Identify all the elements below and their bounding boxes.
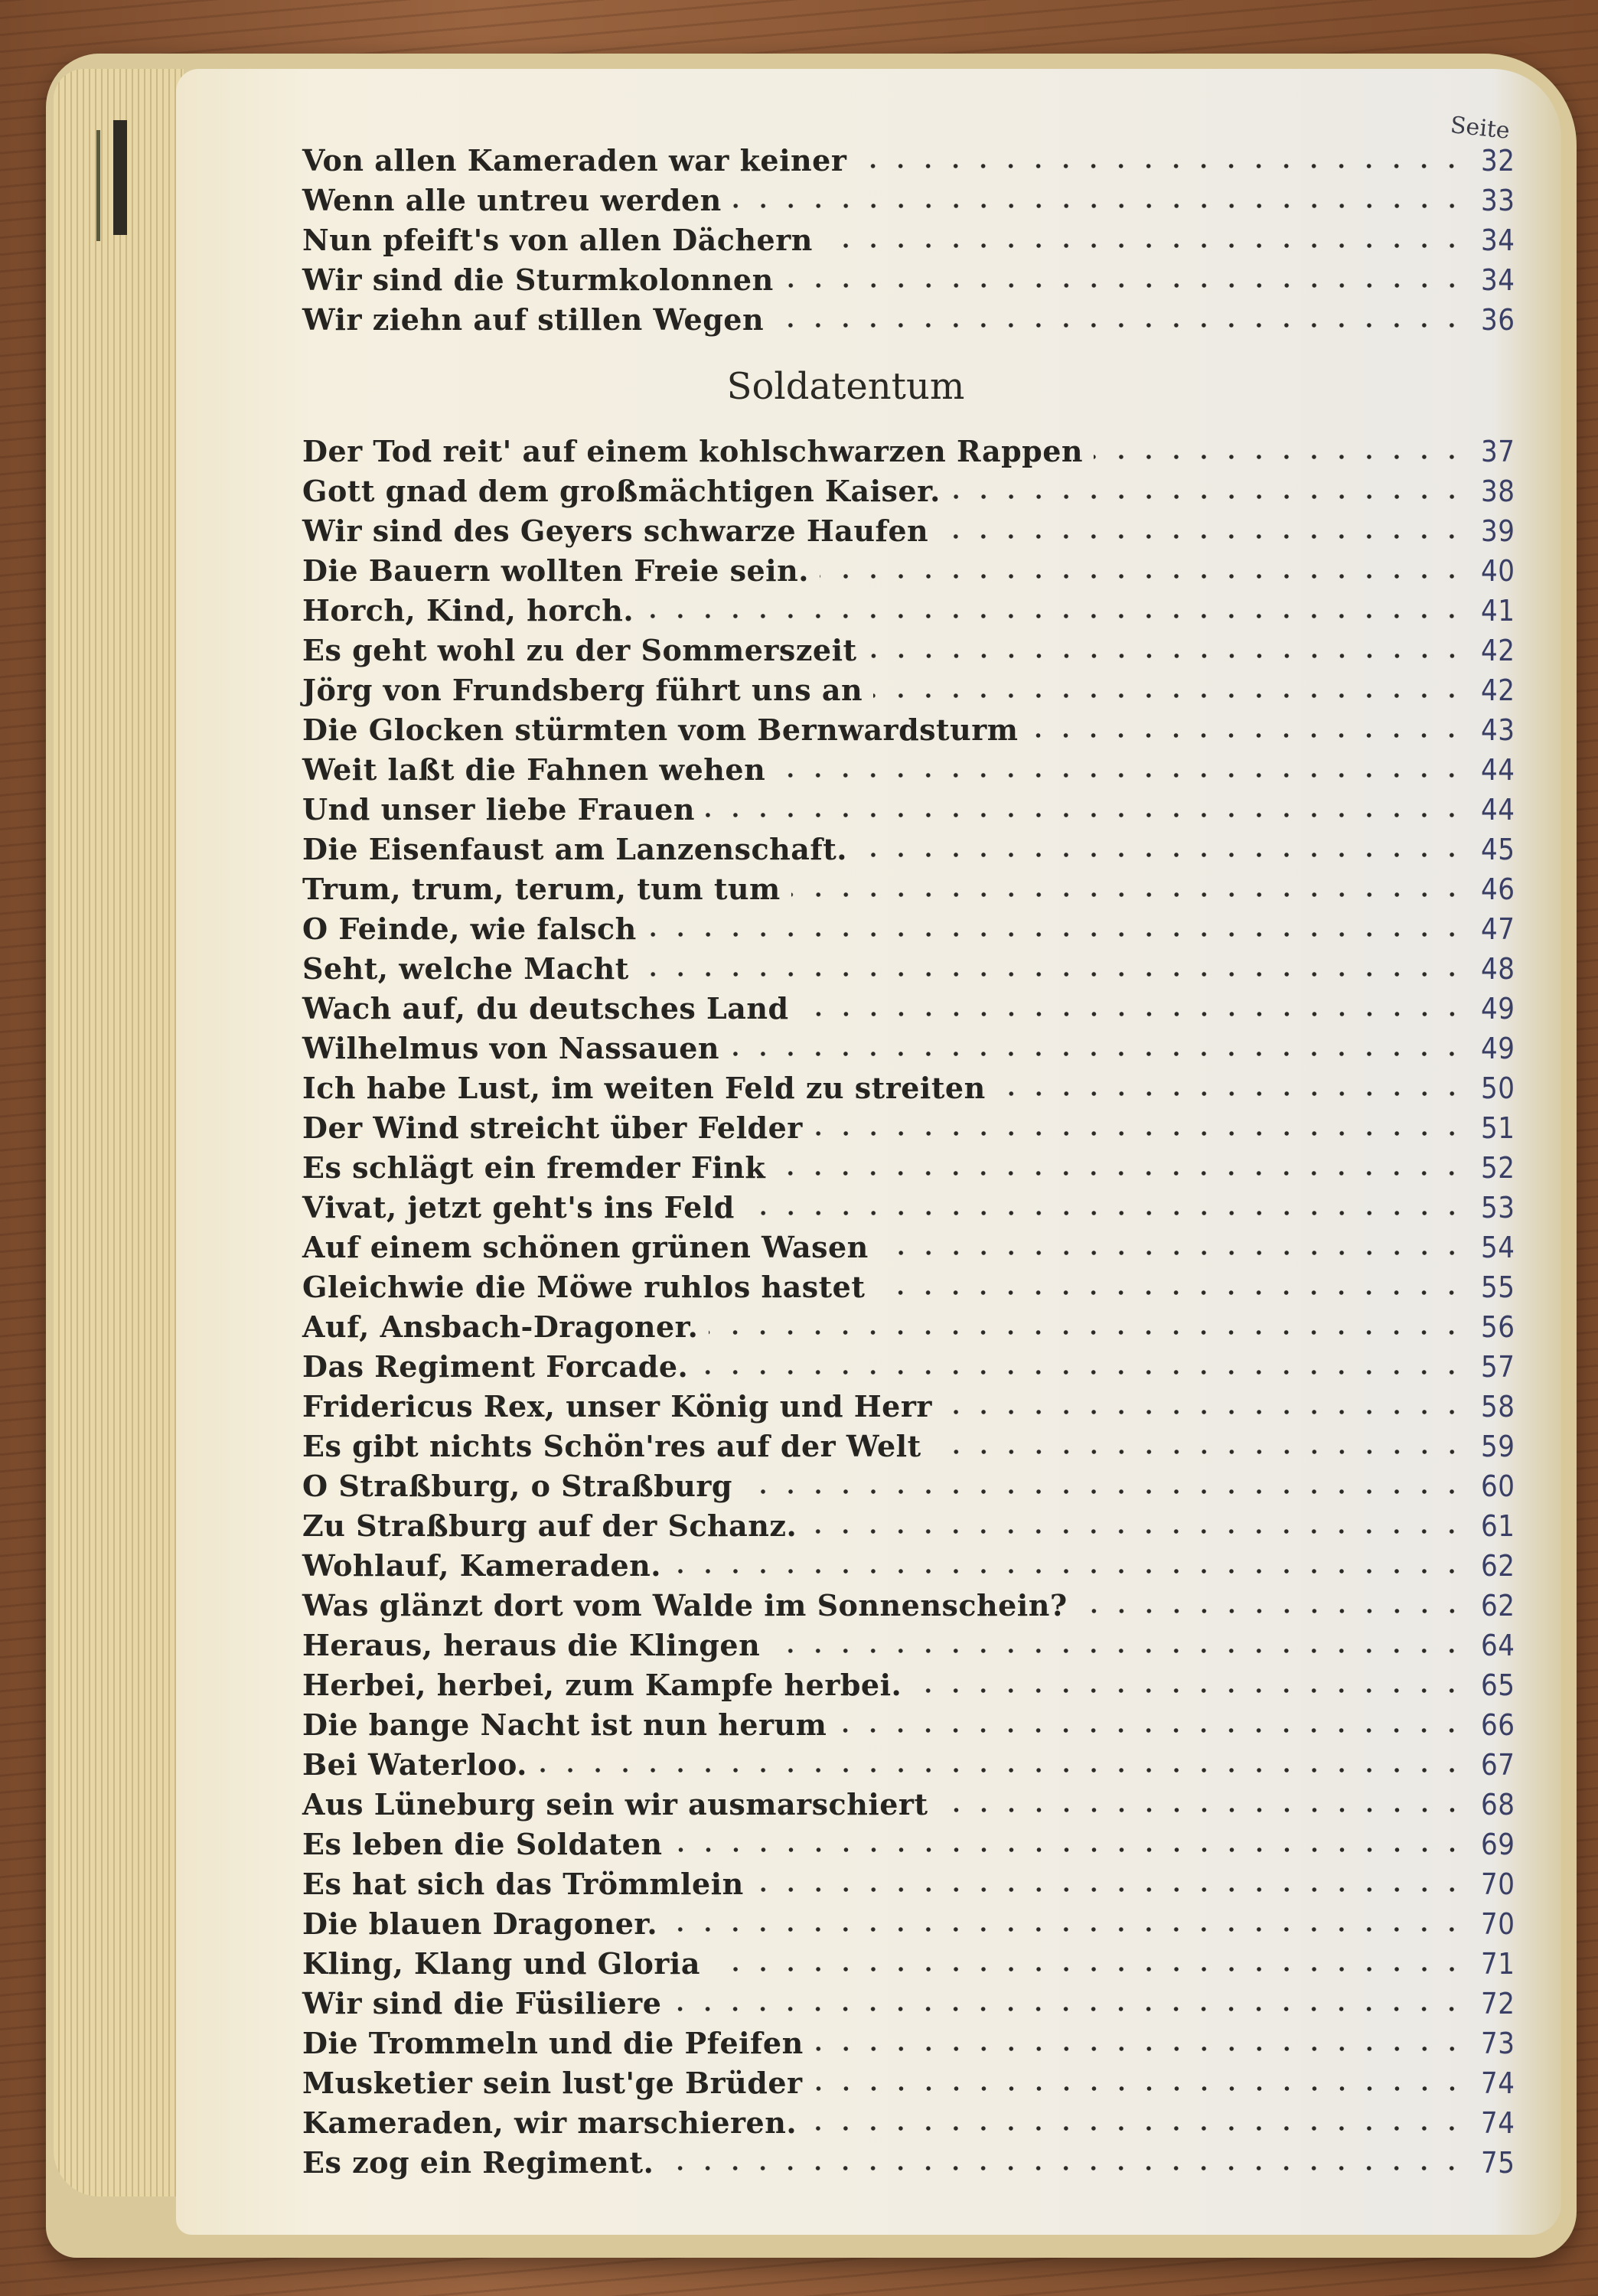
toc-entry: Es geht wohl zu der Sommerszeit 42 [302, 628, 1527, 667]
entry-page-number: 64 [1481, 1629, 1527, 1662]
dot-leader [776, 1171, 1466, 1176]
toc-entry: Jörg von Frundsberg führt uns an 42 [302, 667, 1527, 707]
entry-page-number: 54 [1481, 1231, 1527, 1264]
dot-leader [876, 1290, 1466, 1295]
entry-title: Die Eisenfaust am Lanzenschaft. [302, 832, 847, 866]
entry-title: Die Bauern wollten Freie sein. [302, 553, 809, 588]
entry-page-number: 72 [1481, 1987, 1527, 2020]
entry-title: Das Regiment Forcade. [302, 1349, 688, 1384]
entry-page-number: 33 [1481, 184, 1527, 217]
entry-page-number: 34 [1481, 263, 1527, 297]
entry-page-number: 45 [1481, 833, 1527, 866]
toc-entry: Wenn alle untreu werden 33 [302, 178, 1527, 217]
dot-leader [745, 1211, 1466, 1215]
entry-page-number: 41 [1481, 594, 1527, 628]
toc-entry: Zu Straßburg auf der Schanz. 61 [302, 1503, 1527, 1543]
entry-page-number: 38 [1481, 475, 1527, 508]
dot-leader [879, 1251, 1466, 1255]
toc-entry: Das Regiment Forcade. 57 [302, 1344, 1527, 1384]
entry-title: Wach auf, du deutsches Land [302, 991, 789, 1026]
entry-title: Heraus, heraus die Klingen [302, 1628, 760, 1662]
entry-title: Weit laßt die Fahnen wehen [302, 752, 765, 787]
entry-title: Gott gnad dem großmächtigen Kaiser. [302, 474, 941, 508]
dot-leader [699, 1370, 1466, 1375]
entry-page-number: 42 [1481, 673, 1527, 707]
entry-title: Fridericus Rex, unser König und Herr [302, 1389, 932, 1424]
entry-page-number: 71 [1481, 1947, 1527, 1981]
dot-leader [732, 204, 1466, 208]
dot-leader [868, 654, 1466, 658]
dot-leader [814, 2047, 1466, 2051]
entry-title: Wir sind des Geyers schwarze Haufen [302, 514, 928, 548]
entry-title: Bei Waterloo. [302, 1747, 527, 1782]
entry-page-number: 70 [1481, 1867, 1527, 1901]
toc-entry: Wilhelmus von Nassauen 49 [302, 1026, 1527, 1065]
toc-entry: Von allen Kameraden war keiner 32 [302, 138, 1527, 178]
dot-leader [791, 892, 1466, 897]
dot-leader [939, 534, 1466, 539]
entry-page-number: 37 [1481, 435, 1527, 468]
toc-entry: Weit laßt die Fahnen wehen 44 [302, 747, 1527, 787]
toc-entry: Wir sind des Geyers schwarze Haufen 39 [302, 508, 1527, 548]
entry-page-number: 58 [1481, 1390, 1527, 1424]
entry-page-number: 74 [1481, 2106, 1527, 2140]
entry-title: Jörg von Frundsberg führt uns an [302, 673, 863, 707]
dot-leader [784, 283, 1466, 288]
dot-leader [673, 1848, 1466, 1852]
dot-leader [932, 1450, 1466, 1454]
entry-title: Zu Straßburg auf der Schanz. [302, 1508, 797, 1543]
toc-entry: Und unser liebe Frauen 44 [302, 787, 1527, 827]
dot-leader [775, 323, 1466, 328]
entry-title: Wir sind die Füsiliere [302, 1986, 661, 2020]
entry-title: Die bange Nacht ist nun herum [302, 1707, 827, 1742]
dot-leader [814, 1131, 1466, 1136]
entry-page-number: 73 [1481, 2027, 1527, 2060]
dot-leader [706, 813, 1466, 817]
dot-leader [664, 2166, 1466, 2170]
entry-title: Der Tod reit' auf einem kohlschwarzen Ra… [302, 434, 1083, 468]
toc-entry: Es leben die Soldaten 69 [302, 1821, 1527, 1861]
toc-entry: Auf einem schönen grünen Wasen 54 [302, 1225, 1527, 1264]
entry-page-number: 50 [1481, 1071, 1527, 1105]
entry-title: Die Glocken stürmten vom Bernwardsturm [302, 713, 1018, 747]
toc-entry: Wir sind die Sturmkolonnen 34 [302, 257, 1527, 297]
dot-leader [800, 1012, 1466, 1016]
dot-leader [807, 1529, 1466, 1534]
entry-title: Wenn alle untreu werden [302, 183, 722, 217]
dot-leader [730, 1052, 1466, 1056]
entry-title: Kameraden, wir marschieren. [302, 2105, 797, 2140]
dot-leader [538, 1768, 1466, 1773]
dot-leader [996, 1091, 1466, 1096]
dot-leader [939, 1808, 1466, 1812]
toc-entry: Die Glocken stürmten vom Bernwardsturm 4… [302, 707, 1527, 747]
dot-leader [755, 1887, 1466, 1892]
entry-title: Es schlägt ein fremder Fink [302, 1150, 765, 1185]
entry-title: Wir ziehn auf stillen Wegen [302, 302, 764, 337]
thumb-index-mark [113, 120, 127, 235]
toc-entry: O Feinde, wie falsch 47 [302, 906, 1527, 946]
entry-page-number: 75 [1481, 2146, 1527, 2180]
toc-entry: Musketier sein lust'ge Brüder 74 [302, 2060, 1527, 2100]
toc-entry: Gott gnad dem großmächtigen Kaiser. 38 [302, 468, 1527, 508]
dot-leader [1078, 1609, 1466, 1613]
entry-title: Trum, trum, terum, tum tum [302, 872, 781, 906]
entry-page-number: 74 [1481, 2066, 1527, 2100]
toc-entry: Ich habe Lust, im weiten Feld zu streite… [302, 1065, 1527, 1105]
entry-page-number: 62 [1481, 1589, 1527, 1623]
toc-entry: Die Eisenfaust am Lanzenschaft. 45 [302, 827, 1527, 866]
entry-title: Es gibt nichts Schön'res auf der Welt [302, 1429, 921, 1463]
entry-title: Horch, Kind, horch. [302, 593, 634, 628]
entry-page-number: 56 [1481, 1310, 1527, 1344]
toc-entry: Der Wind streicht über Felder 51 [302, 1105, 1527, 1145]
toc-entry: Wir sind die Füsiliere 72 [302, 1981, 1527, 2020]
entry-title: Auf einem schönen grünen Wasen [302, 1230, 869, 1264]
dot-leader [1094, 455, 1466, 459]
entry-page-number: 46 [1481, 872, 1527, 906]
entry-title: Gleichwie die Möwe ruhlos hastet [302, 1270, 865, 1304]
entry-title: O Straßburg, o Straßburg [302, 1469, 732, 1503]
entry-page-number: 44 [1481, 793, 1527, 827]
entry-page-number: 53 [1481, 1191, 1527, 1225]
entry-page-number: 61 [1481, 1509, 1527, 1543]
entry-title: Die Trommeln und die Pfeifen [302, 2026, 804, 2060]
entry-page-number: 57 [1481, 1350, 1527, 1384]
dot-leader [943, 1410, 1466, 1414]
dot-leader [858, 853, 1466, 857]
entry-title: Es hat sich das Trömmlein [302, 1867, 744, 1901]
toc-entry: Der Tod reit' auf einem kohlschwarzen Ra… [302, 429, 1527, 468]
entry-page-number: 59 [1481, 1430, 1527, 1463]
entry-title: Es zog ein Regiment. [302, 2145, 654, 2180]
toc-entry: Bei Waterloo. 67 [302, 1742, 1527, 1782]
entry-page-number: 34 [1481, 223, 1527, 257]
entry-title: Es leben die Soldaten [302, 1827, 663, 1861]
dot-leader [857, 164, 1466, 168]
section-heading: Soldatentum [302, 337, 1527, 429]
toc-entry: Die bange Nacht ist nun herum 66 [302, 1702, 1527, 1742]
entry-title: Herbei, herbei, zum Kampfe herbei. [302, 1668, 902, 1702]
entry-title: Musketier sein lust'ge Brüder [302, 2066, 803, 2100]
dot-leader [951, 494, 1466, 499]
entry-page-number: 49 [1481, 1032, 1527, 1065]
dot-leader [837, 1728, 1466, 1733]
entry-title: Vivat, jetzt geht's ins Feld [302, 1190, 735, 1225]
entry-page-number: 36 [1481, 303, 1527, 337]
toc-entry: Es zog ein Regiment. 75 [302, 2140, 1527, 2180]
entry-page-number: 48 [1481, 952, 1527, 986]
entry-page-number: 44 [1481, 753, 1527, 787]
entry-title: Wir sind die Sturmkolonnen [302, 263, 774, 297]
dot-leader [1029, 733, 1466, 738]
entry-title: Aus Lüneburg sein wir ausmarschiert [302, 1787, 928, 1821]
dot-leader [640, 972, 1466, 977]
toc-entry: Seht, welche Macht 48 [302, 946, 1527, 986]
dot-leader [647, 932, 1466, 937]
thumb-index-mark-secondary [96, 130, 100, 241]
entry-title: Und unser liebe Frauen [302, 792, 695, 827]
entry-page-number: 55 [1481, 1270, 1527, 1304]
entry-title: Was glänzt dort vom Walde im Sonnenschei… [302, 1588, 1068, 1623]
entry-page-number: 43 [1481, 713, 1527, 747]
entry-title: Die blauen Dragoner. [302, 1906, 657, 1941]
entry-title: Wohlauf, Kameraden. [302, 1548, 661, 1583]
entry-title: Auf, Ansbach-Dragoner. [302, 1309, 698, 1344]
entry-title: Der Wind streicht über Felder [302, 1110, 803, 1145]
toc-entry: Heraus, heraus die Klingen 64 [302, 1623, 1527, 1662]
dot-leader [820, 574, 1466, 579]
dot-leader [912, 1688, 1466, 1693]
entry-page-number: 69 [1481, 1828, 1527, 1861]
entry-page-number: 49 [1481, 992, 1527, 1026]
toc-entry: Horch, Kind, horch. 41 [302, 588, 1527, 628]
toc-entry: Trum, trum, terum, tum tum 46 [302, 866, 1527, 906]
entry-page-number: 51 [1481, 1111, 1527, 1145]
entry-page-number: 32 [1481, 144, 1527, 178]
entry-title: Seht, welche Macht [302, 951, 629, 986]
dot-leader [743, 1489, 1466, 1494]
dot-leader [873, 693, 1466, 698]
entry-page-number: 67 [1481, 1748, 1527, 1782]
entry-page-number: 39 [1481, 514, 1527, 548]
dot-leader [644, 614, 1466, 618]
toc-entry: Die Trommeln und die Pfeifen 73 [302, 2020, 1527, 2060]
toc-entry: Fridericus Rex, unser König und Herr 58 [302, 1384, 1527, 1424]
dot-leader [823, 243, 1466, 248]
toc-entry: Die Bauern wollten Freie sein. 40 [302, 548, 1527, 588]
dot-leader [672, 2007, 1466, 2011]
table-of-contents: Von allen Kameraden war keiner 32 Wenn a… [302, 138, 1527, 2180]
entry-page-number: 66 [1481, 1708, 1527, 1742]
dot-leader [711, 1967, 1466, 1971]
dot-leader [709, 1330, 1466, 1335]
entry-title: Es geht wohl zu der Sommerszeit [302, 633, 857, 667]
page-edges [54, 69, 184, 2197]
toc-entry: Kling, Klang und Gloria 71 [302, 1941, 1527, 1981]
toc-entry: Aus Lüneburg sein wir ausmarschiert 68 [302, 1782, 1527, 1821]
entry-title: Wilhelmus von Nassauen [302, 1031, 719, 1065]
entry-title: Von allen Kameraden war keiner [302, 143, 846, 178]
entry-title: O Feinde, wie falsch [302, 912, 637, 946]
dot-leader [814, 2086, 1466, 2091]
toc-entry: Auf, Ansbach-Dragoner. 56 [302, 1304, 1527, 1344]
toc-entry: Gleichwie die Möwe ruhlos hastet 55 [302, 1264, 1527, 1304]
toc-entry: Es schlägt ein fremder Fink 52 [302, 1145, 1527, 1185]
entry-page-number: 52 [1481, 1151, 1527, 1185]
entry-page-number: 65 [1481, 1668, 1527, 1702]
toc-entry: Nun pfeift's von allen Dächern 34 [302, 217, 1527, 257]
dot-leader [776, 773, 1466, 778]
toc-entry: Wir ziehn auf stillen Wegen 36 [302, 297, 1527, 337]
entry-page-number: 47 [1481, 912, 1527, 946]
toc-entry: O Straßburg, o Straßburg 60 [302, 1463, 1527, 1503]
entry-title: Kling, Klang und Gloria [302, 1946, 700, 1981]
toc-entry: Es hat sich das Trömmlein 70 [302, 1861, 1527, 1901]
entry-page-number: 62 [1481, 1549, 1527, 1583]
dot-leader [771, 1649, 1466, 1653]
toc-entry: Es gibt nichts Schön'res auf der Welt 59 [302, 1424, 1527, 1463]
entry-page-number: 40 [1481, 554, 1527, 588]
toc-entry: Wohlauf, Kameraden. 62 [302, 1543, 1527, 1583]
dot-leader [668, 1927, 1466, 1932]
dot-leader [672, 1569, 1466, 1574]
entry-page-number: 68 [1481, 1788, 1527, 1821]
entry-page-number: 70 [1481, 1907, 1527, 1941]
toc-entry: Was glänzt dort vom Walde im Sonnenschei… [302, 1583, 1527, 1623]
toc-entry: Kameraden, wir marschieren. 74 [302, 2100, 1527, 2140]
toc-entry: Herbei, herbei, zum Kampfe herbei. 65 [302, 1662, 1527, 1702]
entry-page-number: 60 [1481, 1469, 1527, 1503]
entry-title: Ich habe Lust, im weiten Feld zu streite… [302, 1071, 986, 1105]
toc-entry: Vivat, jetzt geht's ins Feld 53 [302, 1185, 1527, 1225]
entry-page-number: 42 [1481, 634, 1527, 667]
entry-title: Nun pfeift's von allen Dächern [302, 223, 813, 257]
toc-entry: Die blauen Dragoner. 70 [302, 1901, 1527, 1941]
dot-leader [807, 2126, 1466, 2131]
toc-entry: Wach auf, du deutsches Land 49 [302, 986, 1527, 1026]
